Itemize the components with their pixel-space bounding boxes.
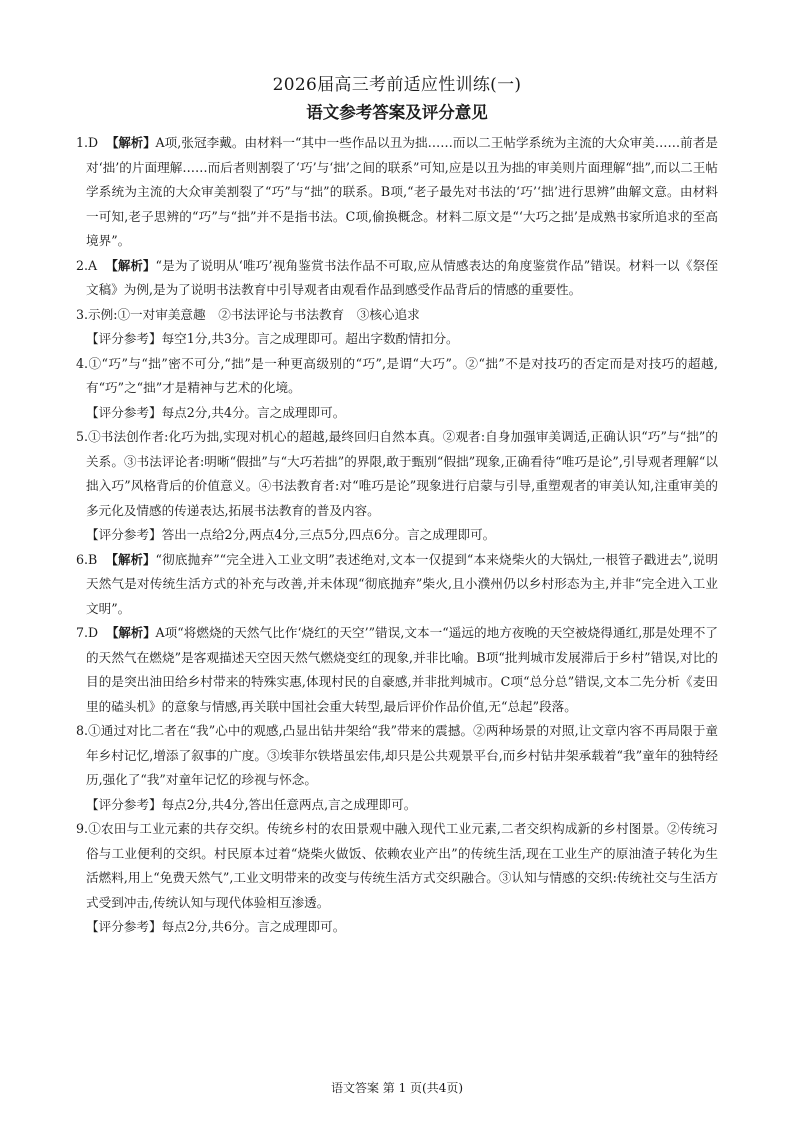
answer-item-4: 4.①“巧”与“拙”密不可分,“拙”是一种更高级别的“巧”,是谓“大巧”。②“拙… xyxy=(76,352,718,401)
answer-text: A项,张冠李戴。由材料一“其中一些作品以丑为拙……而以二王帖学系统为主流的大众审… xyxy=(86,135,718,248)
analysis-tag: 【解析】 xyxy=(106,626,155,640)
scoring-reference-8: 【评分参考】每点2分,共4分,答出任意两点,言之成理即可。 xyxy=(76,793,718,818)
answer-text: A项“将燃烧的天然气比作‘烧红的天空’”错误,文本一“遥远的地方夜晚的天空被烧得… xyxy=(86,625,718,714)
answer-item-8: 8.①通过对比二者在“我”心中的观感,凸显出钻井架给“我”带来的震撼。②两种场景… xyxy=(76,719,718,793)
answer-text: ①书法创作者:化巧为拙,实现对机心的超越,最终回归自然本真。②观者:自身加强审美… xyxy=(86,429,718,518)
answer-item-2: 2.A 【解析】“是为了说明从‘唯巧’视角鉴赏书法作品不可取,应从情感表达的角度… xyxy=(76,254,718,303)
answer-item-6: 6.B 【解析】“彻底抛弃”“完全进入工业文明”表述绝对,文本一仅提到“本来烧柴… xyxy=(76,548,718,622)
scoring-reference-5: 【评分参考】答出一点给2分,两点4分,三点5分,四点6分。言之成理即可。 xyxy=(76,523,718,548)
answer-number: 5. xyxy=(76,429,88,444)
answer-number: 9. xyxy=(76,821,88,836)
answer-text: 示例:①一对审美意趣 ②书法评论与书法教育 ③核心追求 xyxy=(88,307,420,322)
answer-text: “彻底抛弃”“完全进入工业文明”表述绝对,文本一仅提到“本来烧柴火的大锅灶,一根… xyxy=(86,552,718,616)
document-title: 2026届高三考前适应性训练(一) xyxy=(0,73,794,97)
answer-number: 2.A xyxy=(76,258,97,273)
answer-text: ①农田与工业元素的共存交织。传统乡村的农田景观中融入现代工业元素,二者交织构成新… xyxy=(86,821,718,910)
answer-number: 4. xyxy=(76,356,88,371)
answer-number: 1.D xyxy=(76,135,98,150)
answer-text: ①“巧”与“拙”密不可分,“拙”是一种更高级别的“巧”,是谓“大巧”。②“拙”不… xyxy=(86,356,718,396)
answer-number: 8. xyxy=(76,723,88,738)
answer-list: 1.D 【解析】A项,张冠李戴。由材料一“其中一些作品以丑为拙……而以二王帖学系… xyxy=(76,131,718,940)
scoring-reference-9: 【评分参考】每点2分,共6分。言之成理即可。 xyxy=(76,915,718,940)
analysis-tag: 【解析】 xyxy=(106,259,156,273)
answer-text: “是为了说明从‘唯巧’视角鉴赏书法作品不可取,应从情感表达的角度鉴赏作品”错误。… xyxy=(86,258,718,298)
answer-item-7: 7.D 【解析】A项“将燃烧的天然气比作‘烧红的天空’”错误,文本一“遥远的地方… xyxy=(76,621,718,719)
scoring-reference-4: 【评分参考】每点2分,共4分。言之成理即可。 xyxy=(76,401,718,426)
answer-number: 6.B xyxy=(76,552,97,567)
answer-item-1: 1.D 【解析】A项,张冠李戴。由材料一“其中一些作品以丑为拙……而以二王帖学系… xyxy=(76,131,718,254)
scoring-reference-3: 【评分参考】每空1分,共3分。言之成理即可。超出字数酌情扣分。 xyxy=(76,327,718,352)
analysis-tag: 【解析】 xyxy=(106,136,155,150)
analysis-tag: 【解析】 xyxy=(106,553,156,567)
answer-item-5: 5.①书法创作者:化巧为拙,实现对机心的超越,最终回归自然本真。②观者:自身加强… xyxy=(76,425,718,523)
answer-text: ①通过对比二者在“我”心中的观感,凸显出钻井架给“我”带来的震撼。②两种场景的对… xyxy=(86,723,718,787)
document-subtitle: 语文参考答案及评分意见 xyxy=(0,101,794,125)
answer-number: 7.D xyxy=(76,625,98,640)
answer-key-page: 2026届高三考前适应性训练(一) 语文参考答案及评分意见 1.D 【解析】A项… xyxy=(0,0,794,1123)
answer-item-9: 9.①农田与工业元素的共存交织。传统乡村的农田景观中融入现代工业元素,二者交织构… xyxy=(76,817,718,915)
answer-item-3: 3.示例:①一对审美意趣 ②书法评论与书法教育 ③核心追求 xyxy=(76,303,718,328)
answer-number: 3. xyxy=(76,307,88,322)
page-footer: 语文答案 第 1 页(共4页) xyxy=(0,1078,794,1098)
